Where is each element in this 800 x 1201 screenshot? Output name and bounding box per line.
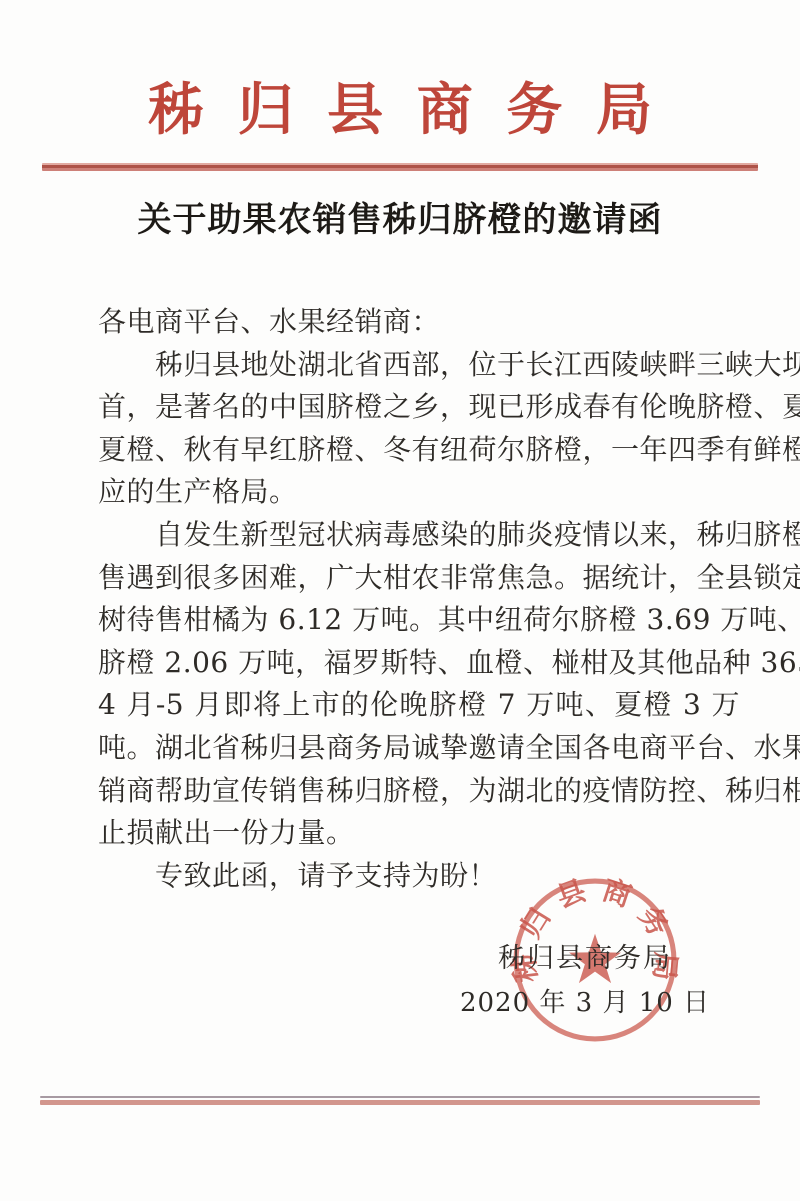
signature-date: 2020 年 3 月 10 日	[455, 986, 715, 1020]
body-line: 售遇到很多困难，广大柑农非常焦急。据统计，全县锁定留	[98, 557, 740, 600]
body-line: 首，是著名的中国脐橙之乡，现已形成春有伦晚脐橙、夏有	[98, 386, 740, 429]
footer-rule	[40, 1096, 760, 1106]
body-line: 夏橙、秋有早红脐橙、冬有纽荷尔脐橙，一年四季有鲜橙供	[98, 429, 740, 472]
body-line: 4 月-5 月即将上市的伦晚脐橙 7 万吨、夏橙 3 万吨。	[98, 684, 740, 727]
body-line: 树待售柑橘为 6.12 万吨。其中纽荷尔脐橙 3.69 万吨、红肉	[98, 599, 740, 642]
body-line: 销商帮助宣传销售秭归脐橙，为湖北的疫情防控、秭归柑农	[98, 770, 740, 813]
body-line: 湖北省秭归县商务局诚挚邀请全国各电商平台、水果经	[98, 727, 740, 770]
agency-header-title: 秭归县商务局	[0, 78, 800, 142]
letter-page: 秭归县商务局 关于助果农销售秭归脐橙的邀请函 各电商平台、水果经销商： 秭归县地…	[0, 0, 800, 1201]
body-line: 脐橙 2.06 万吨，福罗斯特、血橙、椪柑及其他品种 3650 吨。	[98, 642, 740, 685]
signature-block: 秭归县商务局 2020 年 3 月 10 日	[455, 941, 715, 1020]
body-line: 秭归县地处湖北省西部，位于长江西陵峡畔三峡大坝库	[98, 344, 740, 387]
signature-name: 秭归县商务局	[455, 941, 715, 977]
salutation: 各电商平台、水果经销商：	[98, 301, 740, 344]
footer-rule-thin-line	[40, 1096, 760, 1098]
body-line: 应的生产格局。	[98, 471, 740, 514]
letter-body: 各电商平台、水果经销商： 秭归县地处湖北省西部，位于长江西陵峡畔三峡大坝库首，是…	[98, 301, 740, 897]
footer-rule-band	[40, 1100, 760, 1105]
body-line: 止损献出一份力量。	[98, 812, 740, 855]
body-line: 自发生新型冠状病毒感染的肺炎疫情以来，秭归脐橙销	[98, 514, 740, 557]
doc-title: 关于助果农销售秭归脐橙的邀请函	[0, 197, 800, 243]
header-double-rule	[42, 163, 758, 171]
